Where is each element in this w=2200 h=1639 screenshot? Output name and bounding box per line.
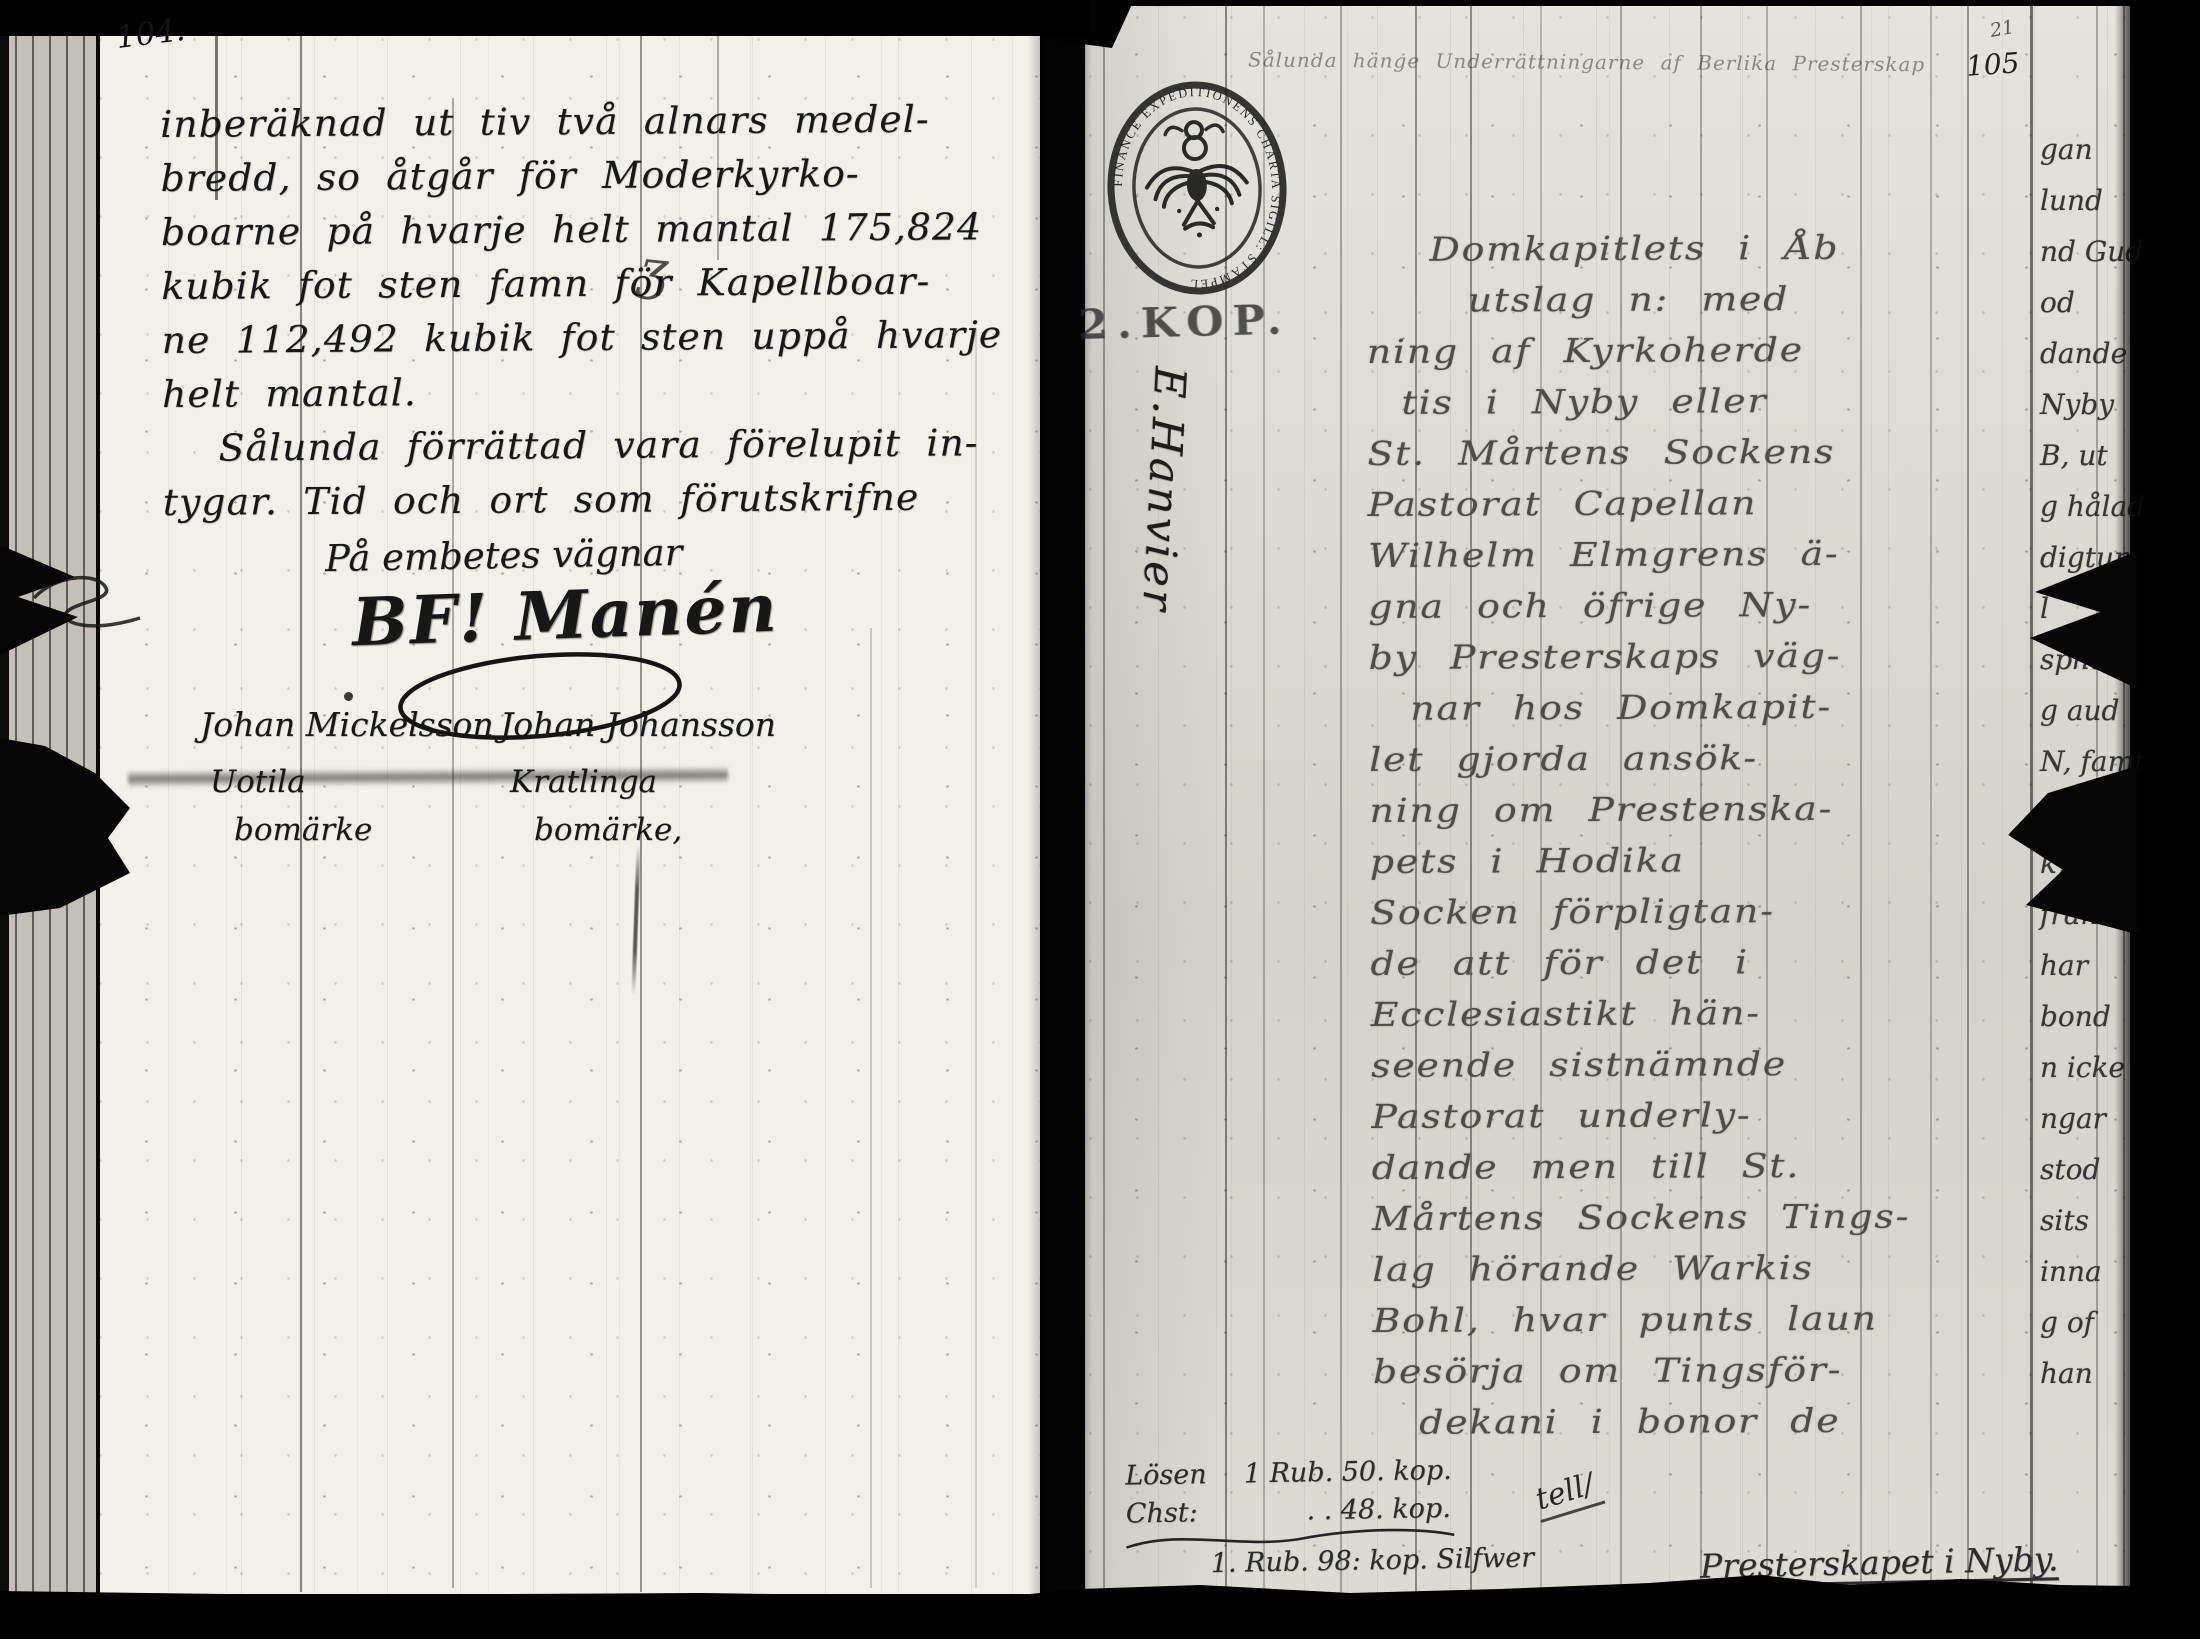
handwritten-line: seende sistnämnde bbox=[1371, 1037, 2027, 1091]
handwritten-line: Socken förpligtan- bbox=[1370, 884, 2026, 938]
double-headed-eagle-icon bbox=[1144, 119, 1250, 240]
witness-name: Johan Mickelsson bbox=[200, 705, 500, 744]
handwritten-line: dekani i bonor de bbox=[1373, 1394, 2029, 1448]
handwritten-line: Domkapitlets i Åb bbox=[1366, 221, 2022, 275]
witness-signatures: Johan Mickelsson Uotila bomärke Johan Jo… bbox=[200, 705, 840, 848]
handwritten-line: by Presterskaps väg- bbox=[1368, 629, 2024, 683]
fee-notations: Lösen 1 Rub. 50. kop. Chst: . . 48. kop.… bbox=[1125, 1450, 1535, 1587]
handwritten-line: let gjorda ansök- bbox=[1369, 731, 2025, 785]
handwritten-line: tygar. Tid och ort som förutskrifne bbox=[163, 472, 796, 530]
witness-place: Uotila bbox=[210, 764, 500, 800]
fee-label-chst: Chst: bbox=[1126, 1494, 1237, 1534]
handwritten-line: dande men till St. bbox=[1372, 1139, 2028, 1193]
faded-header-annotation: Sålunda hänge Underrättningarne af Berli… bbox=[1248, 47, 1968, 76]
handwritten-line: pets i Hodika bbox=[1370, 833, 2026, 887]
handwritten-line: ning om Prestenska- bbox=[1369, 782, 2025, 836]
handwritten-line: Pastorat underly- bbox=[1371, 1088, 2027, 1142]
right-page-body-text: Domkapitlets i Åbutslag n: medning af Ky… bbox=[1366, 221, 2029, 1448]
scratch-line bbox=[870, 628, 872, 1588]
handwritten-line: de att för det i bbox=[1370, 935, 2026, 989]
witness-block: Johan Johansson Kratlinga bomärke, bbox=[500, 705, 800, 848]
scratch-line bbox=[2030, 6, 2033, 1606]
witness-mark-label: bomärke, bbox=[534, 812, 800, 848]
handwritten-line: St. Mårtens Sockens bbox=[1367, 425, 2023, 479]
handwritten-line: nar hos Domkapit- bbox=[1369, 680, 2025, 734]
page-number-105: 105 bbox=[1965, 46, 2021, 83]
corner-mark: 21 bbox=[1988, 16, 2016, 42]
handwritten-line: tis i Nyby eller bbox=[1367, 374, 2023, 428]
microfilm-scan: 104. inberäknad ut tiv två alnars medel-… bbox=[0, 0, 2200, 1639]
handwritten-line: kubik fot sten famn för Kapellboar- bbox=[161, 256, 794, 314]
handwritten-line: gna och öfrige Ny- bbox=[1368, 578, 2024, 632]
ink-dot bbox=[344, 692, 353, 701]
handwritten-line: Sålunda förrättad vara förelupit in- bbox=[162, 418, 795, 476]
revenue-stamp-seal: FINANCE EXPEDITIONENS CHARTA SIGILL: STÄ… bbox=[1100, 75, 1293, 300]
witness-place: Kratlinga bbox=[510, 764, 800, 800]
handwritten-line: helt mantal. bbox=[162, 364, 795, 422]
handwritten-line: ne 112,492 kubik fot sten uppå hvarje bbox=[162, 310, 795, 368]
left-page-body-text: inberäknad ut tiv två alnars medel-bredd… bbox=[160, 94, 795, 530]
handwritten-line: Ecclesiastikt hän- bbox=[1371, 986, 2027, 1040]
scratch-line bbox=[1340, 6, 1342, 1606]
handwritten-line: lag hörande Warkis bbox=[1372, 1241, 2028, 1295]
scratch-line bbox=[975, 328, 977, 1588]
handwritten-line: boarne på hvarje helt mantal 175,824 bbox=[161, 202, 794, 260]
fee-label-losen: Lösen bbox=[1125, 1456, 1236, 1496]
witness-name: Johan Johansson bbox=[500, 705, 800, 744]
handwritten-line: Bohl, hvar punts laun bbox=[1372, 1292, 2028, 1346]
witness-block: Johan Mickelsson Uotila bomärke bbox=[200, 705, 500, 848]
handwritten-line: Mårtens Sockens Tings- bbox=[1372, 1190, 2028, 1244]
handwritten-line: bredd, so åtgår för Moderkyrko- bbox=[160, 148, 793, 206]
scratch-line bbox=[1103, 6, 1105, 1606]
fee-line-2: Chst: . . 48. kop. bbox=[1126, 1488, 1534, 1533]
handwritten-line: besörja om Tingsför- bbox=[1373, 1343, 2029, 1397]
handwritten-line: inberäknad ut tiv två alnars medel- bbox=[160, 94, 793, 152]
fee-value-chst: . . 48. kop. bbox=[1244, 1493, 1451, 1528]
fee-value-losen: 1 Rub. 50. kop. bbox=[1244, 1455, 1452, 1490]
handwritten-line: utslag n: med bbox=[1366, 272, 2022, 326]
handwritten-line: ning af Kyrkoherde bbox=[1367, 323, 2023, 377]
official-signature: BF! Manén bbox=[351, 569, 780, 662]
handwritten-line: Wilhelm Elmgrens ä- bbox=[1368, 527, 2024, 581]
witness-mark-label: bomärke bbox=[234, 812, 500, 848]
stamp-denomination: 2.KOP. bbox=[1077, 296, 1291, 349]
handwritten-line: Pastorat Capellan bbox=[1368, 476, 2024, 530]
center-gutter-shadow bbox=[1028, 0, 1092, 1639]
fee-total: 1. Rub. 98: kop. Silfwer bbox=[1126, 1536, 1534, 1587]
